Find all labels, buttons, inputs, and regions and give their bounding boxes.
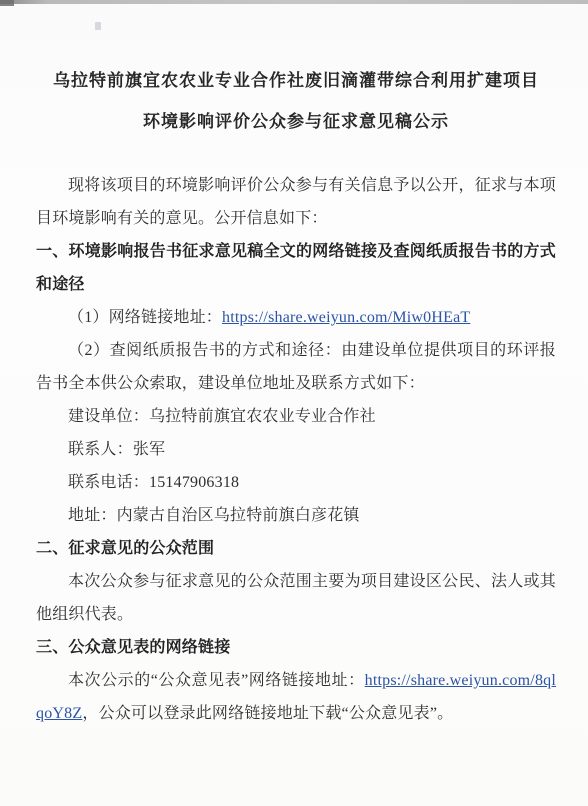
section1-item1: （1）网络链接地址：https://share.weiyun.com/Miw0H…: [36, 301, 556, 334]
intro-paragraph: 现将该项目的环境影响评价公众参与有关信息予以公开，征求与本项目环境影响有关的意见…: [36, 169, 556, 235]
contact-label: 联系人：: [68, 441, 133, 458]
document-title: 乌拉特前旗宜农农业专业合作社废旧滴灌带综合利用扩建项目 环境影响评价公众参与征求…: [36, 60, 556, 142]
contact-value: 张军: [133, 441, 165, 458]
contact-value: 内蒙古自治区乌拉特前旗白彦花镇: [117, 507, 360, 524]
document-title-line2: 环境影响评价公众参与征求意见稿公示: [36, 101, 556, 142]
contact-row-person: 联系人：张军: [36, 433, 556, 466]
contact-value: 15147906318: [149, 474, 239, 491]
contact-row-phone: 联系电话：15147906318: [36, 466, 556, 499]
document-title-line1: 乌拉特前旗宜农农业专业合作社废旧滴灌带综合利用扩建项目: [36, 60, 556, 101]
contact-label: 地址：: [68, 507, 117, 524]
contact-label: 联系电话：: [68, 474, 149, 491]
section3-heading: 三、公众意见表的网络链接: [36, 631, 556, 664]
contact-row-address: 地址：内蒙古自治区乌拉特前旗白彦花镇: [36, 499, 556, 532]
document-body: 现将该项目的环境影响评价公众参与有关信息予以公开，征求与本项目环境影响有关的意见…: [36, 169, 556, 730]
section3-body: 本次公示的“公众意见表”网络链接地址：https://share.weiyun.…: [36, 664, 556, 730]
section3-body-suffix: ，公众可以登录此网络链接地址下载“公众意见表”。: [82, 705, 453, 722]
contact-label: 建设单位：: [68, 408, 149, 425]
document-content: 乌拉特前旗宜农农业专业合作社废旧滴灌带综合利用扩建项目 环境影响评价公众参与征求…: [0, 0, 588, 730]
section3-body-prefix: 本次公示的“公众意见表”网络链接地址：: [68, 672, 365, 689]
section2-body: 本次公众参与征求意见的公众范围主要为项目建设区公民、法人或其他组织代表。: [36, 565, 556, 631]
section1-heading: 一、环境影响报告书征求意见稿全文的网络链接及查阅纸质报告书的方式和途径: [36, 235, 556, 301]
section2-heading: 二、征求意见的公众范围: [36, 532, 556, 565]
scanned-document-page: 乌拉特前旗宜农农业专业合作社废旧滴灌带综合利用扩建项目 环境影响评价公众参与征求…: [0, 0, 588, 806]
contact-value: 乌拉特前旗宜农农业专业合作社: [149, 408, 376, 425]
section1-item1-label: （1）网络链接地址：: [68, 309, 222, 326]
report-draft-link[interactable]: https://share.weiyun.com/Miw0HEaT: [222, 309, 470, 326]
contact-row-unit: 建设单位：乌拉特前旗宜农农业专业合作社: [36, 400, 556, 433]
section1-item2: （2）查阅纸质报告书的方式和途径：由建设单位提供项目的环评报告书全本供公众索取，…: [36, 334, 556, 400]
